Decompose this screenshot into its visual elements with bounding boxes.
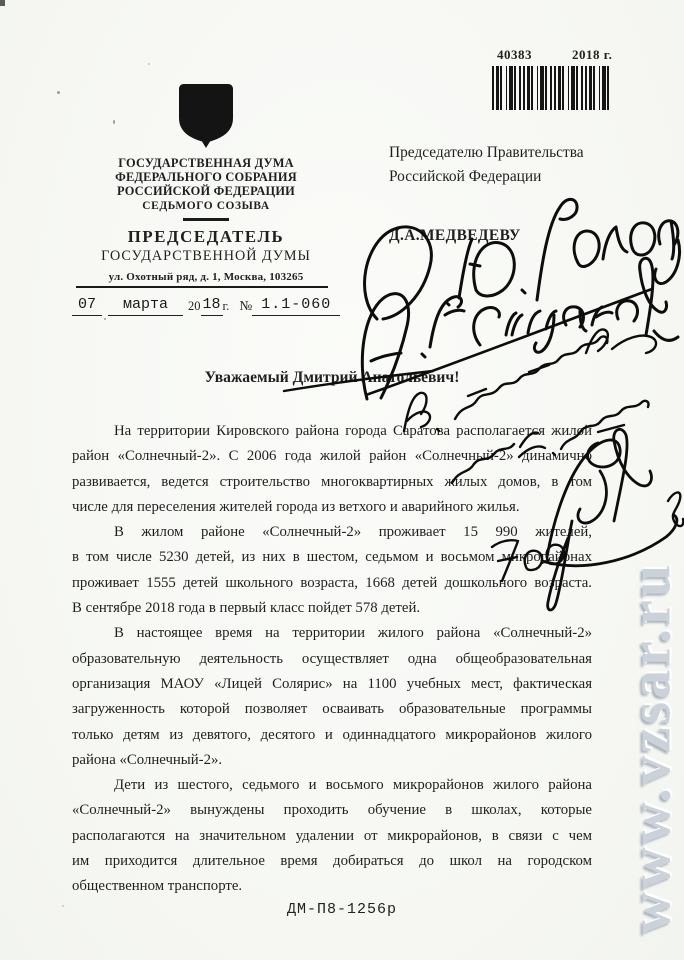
addressee-line2: Российской Федерации	[389, 165, 659, 189]
scanned-letter-page: www.vzsar.ru 40383 2018 г. ГОСУДАРСТВЕНН…	[0, 0, 684, 960]
letterhead-divider	[183, 218, 229, 221]
salutation: Уважаемый Дмитрий Анатольевич!	[72, 369, 592, 387]
date-month: марта	[108, 296, 183, 316]
body-line: только детям из девятого, десятого и оди…	[72, 723, 592, 748]
state-duma-emblem	[179, 84, 233, 148]
printed-layer: 40383 2018 г. ГОСУДАРСТВЕННАЯ ДУМАФЕДЕРА…	[0, 0, 684, 960]
letterhead-org-line: СЕДЬМОГО СОЗЫВА	[78, 199, 334, 213]
body-line: загруженность которой позволяет осваиват…	[72, 697, 592, 722]
body-line: В сентябре 2018 года в первый класс пойд…	[72, 596, 592, 621]
registration-number: 40383	[497, 47, 532, 63]
date-century: 20	[188, 299, 201, 316]
body-line: На территории Кировского района города С…	[72, 419, 592, 444]
number-sign: №	[239, 298, 252, 316]
letterhead-subtitle: ГОСУДАРСТВЕННОЙ ДУМЫ	[78, 247, 334, 265]
body-line: В жилом районе «Солнечный-2» проживает 1…	[72, 520, 592, 545]
body-line: В настоящее время на территории жилого р…	[72, 621, 592, 646]
date-year-suffix: г.	[223, 299, 230, 316]
body-line: образовательную деятельность осуществляе…	[72, 647, 592, 672]
registration-year: 2018 г.	[572, 47, 612, 63]
body-line: развивается, ведется строительство много…	[72, 470, 592, 495]
body-line: район «Солнечный-2». С 2006 года жилой р…	[72, 444, 592, 469]
date-day: 07	[72, 296, 102, 316]
body-line: числе для переселения жителей города из …	[72, 495, 592, 520]
barcode	[492, 66, 612, 110]
letterhead-title: ПРЕДСЕДАТЕЛЬ	[78, 227, 334, 246]
body-line: общественном транспорте.	[72, 874, 592, 899]
footer-reference: ДМ-П8-1256р	[0, 901, 684, 918]
addressee-block: Председателю Правительства Российской Фе…	[389, 141, 659, 188]
letterhead-org-line: РОССИЙСКОЙ ФЕДЕРАЦИИ	[78, 184, 334, 198]
date-year: 18	[201, 296, 223, 316]
body-line: района «Солнечный-2».	[72, 748, 592, 773]
letterhead-org-line: ГОСУДАРСТВЕННАЯ ДУМА	[78, 156, 334, 170]
dateline: 07 марта 20 18 г. № 1.1-060	[72, 296, 340, 316]
document-number: 1.1-060	[252, 296, 340, 316]
body-line: проживает 1555 детей школьного возраста,…	[72, 571, 592, 596]
letterhead-rule	[76, 286, 328, 288]
letterhead-org-lines: ГОСУДАРСТВЕННАЯ ДУМАФЕДЕРАЛЬНОГО СОБРАНИ…	[78, 156, 334, 213]
addressee-name: Д.А.МЕДВЕДЕВУ	[389, 227, 521, 245]
body-line: им приходится длительное время добиратьс…	[72, 849, 592, 874]
body-text: На территории Кировского района города С…	[72, 419, 592, 900]
body-line: организация МАОУ «Лицей Солярис» на 1100…	[72, 672, 592, 697]
body-line: «Солнечный-2» вынуждены проходить обучен…	[72, 798, 592, 823]
letterhead-address: ул. Охотный ряд, д. 1, Москва, 103265	[78, 271, 334, 283]
addressee-line1: Председателю Правительства	[389, 141, 659, 165]
letterhead-org-line: ФЕДЕРАЛЬНОГО СОБРАНИЯ	[78, 170, 334, 184]
letterhead: ГОСУДАРСТВЕННАЯ ДУМАФЕДЕРАЛЬНОГО СОБРАНИ…	[78, 156, 334, 283]
body-line: располагаются на значительном удалении о…	[72, 824, 592, 849]
body-line: в том числе 5230 детей, из них в шестом,…	[72, 545, 592, 570]
body-line: Дети из шестого, седьмого и восьмого мик…	[72, 773, 592, 798]
